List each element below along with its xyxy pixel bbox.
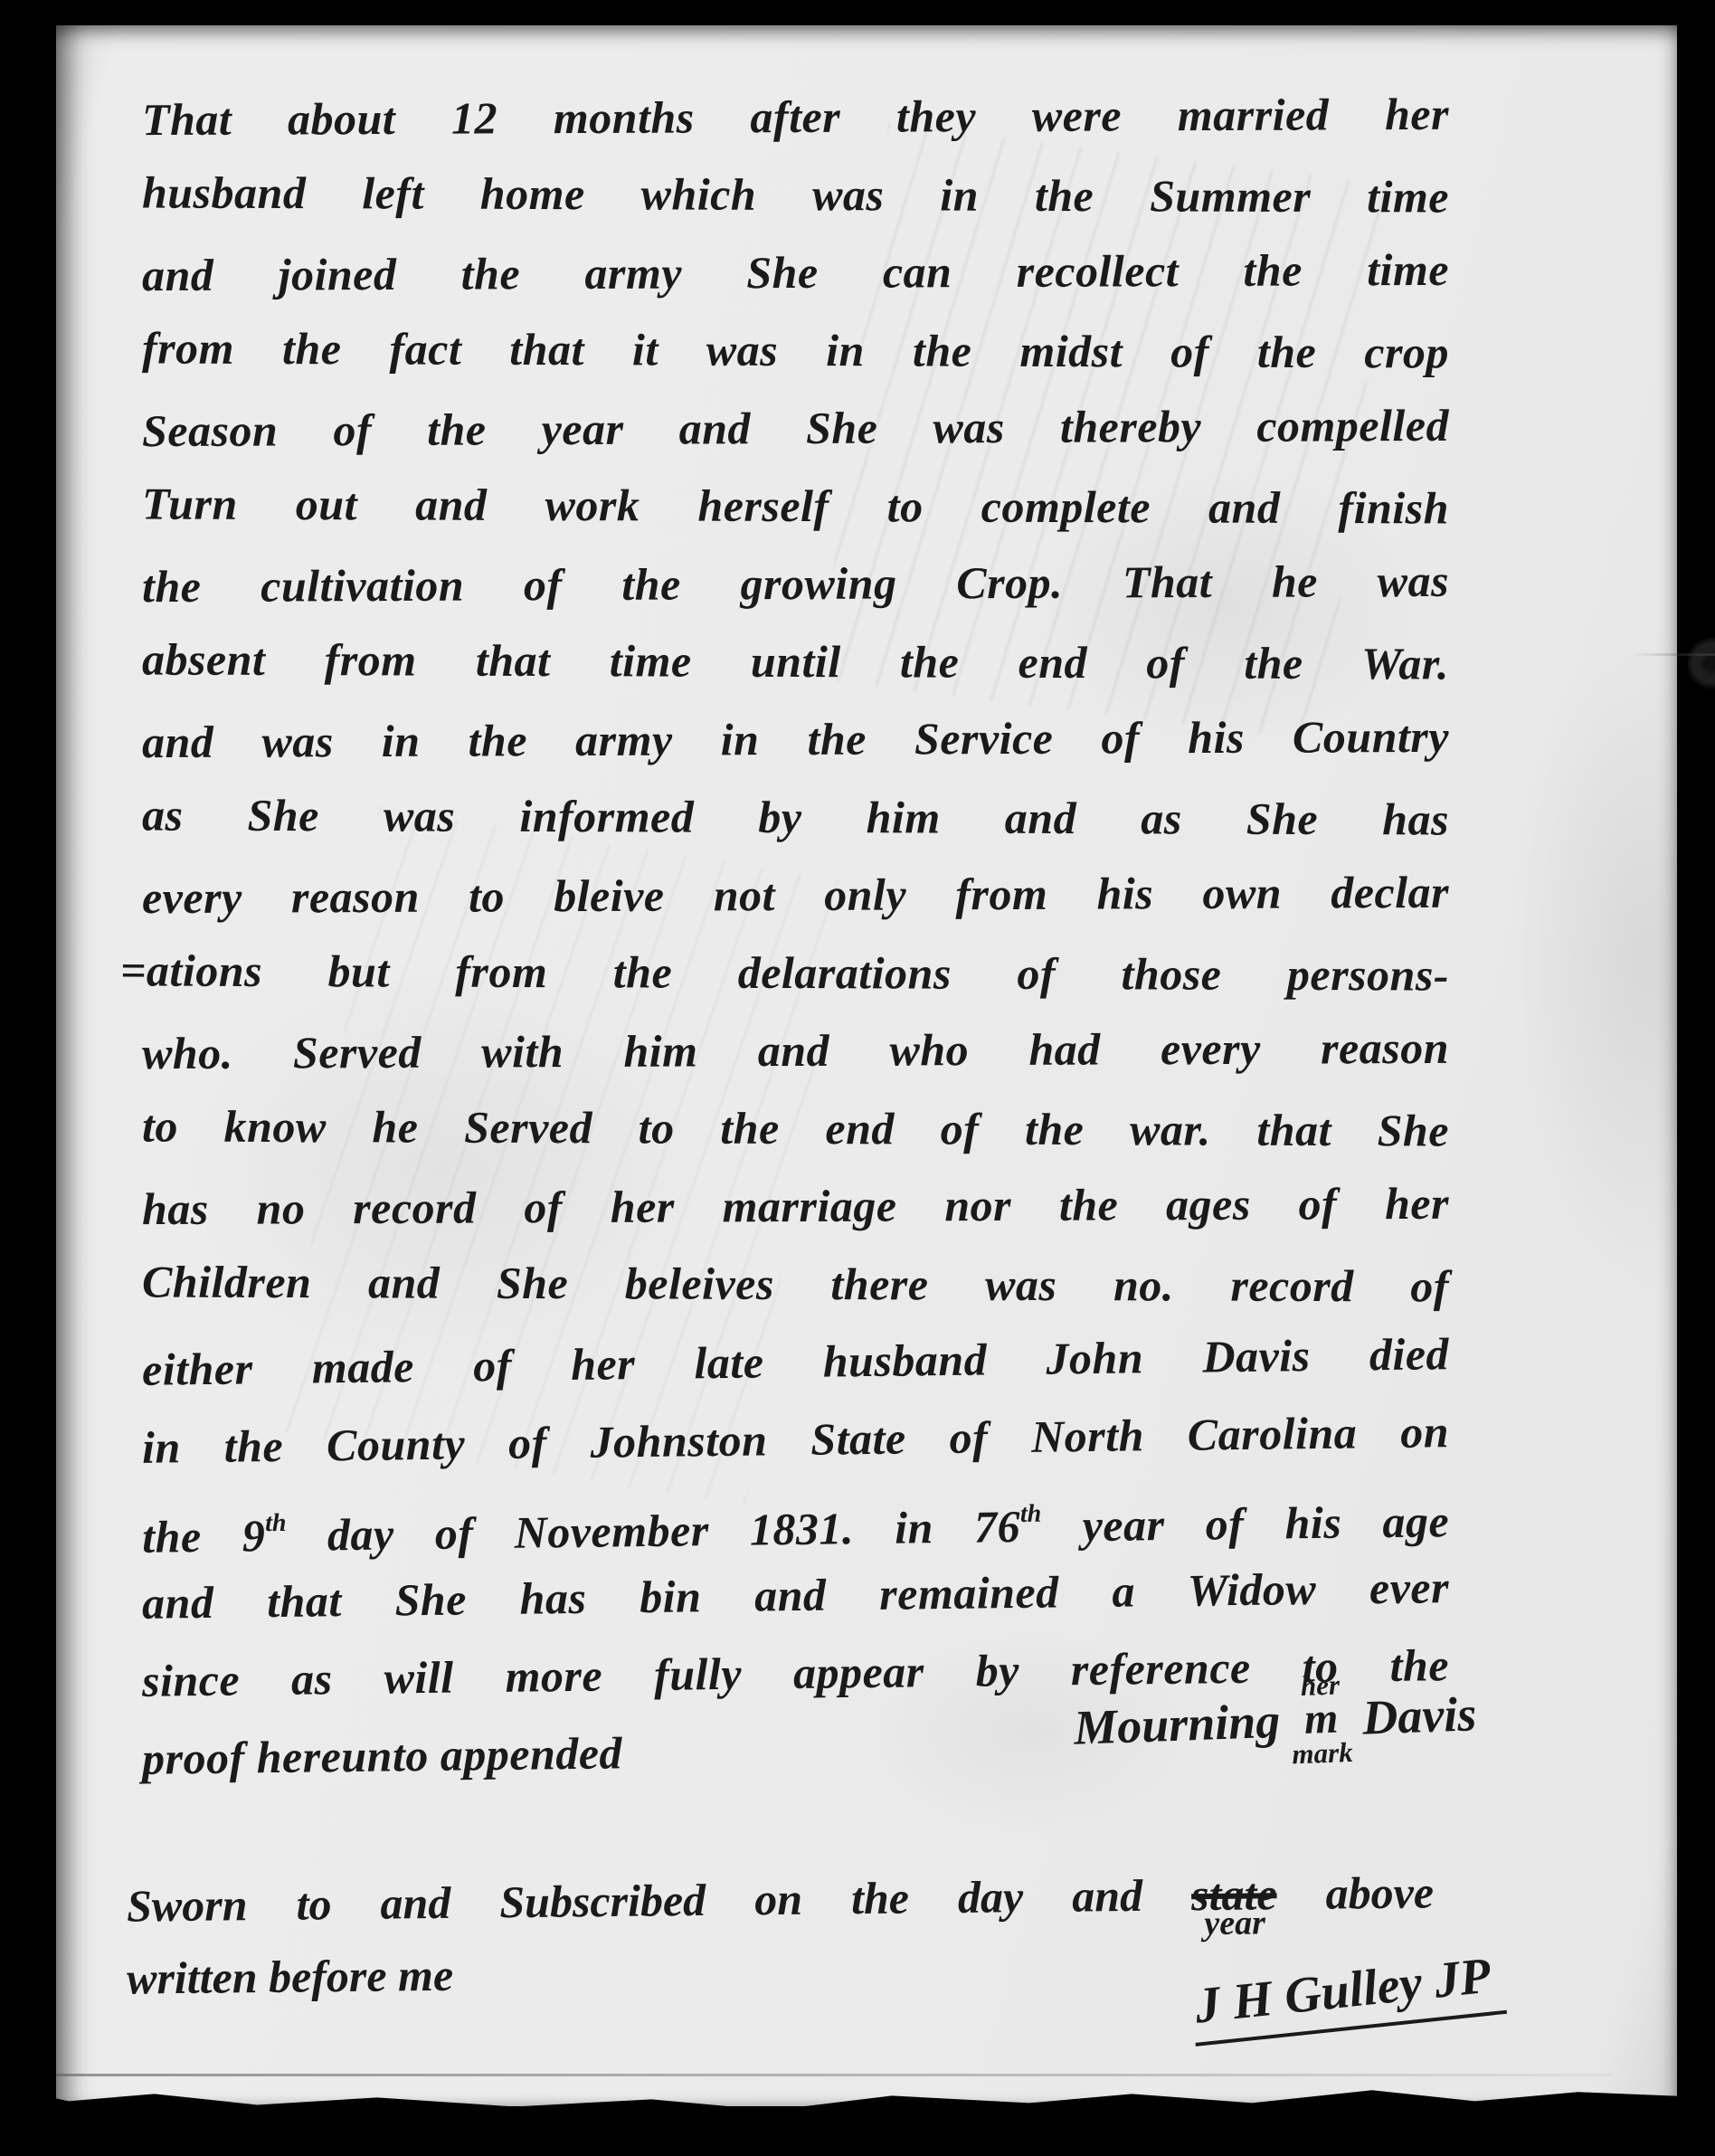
document-line: has no record of her marriage nor the ag… [142, 1164, 1449, 1248]
document-line: to know he Served to the end of the war.… [142, 1087, 1449, 1169]
document-line: absent from that time until the end of t… [142, 620, 1449, 702]
document-line: Children and She beleives there was no. … [142, 1242, 1449, 1325]
her-mark: her m mark [1287, 1671, 1355, 1768]
affidavit-body: That about 12 months after they were mar… [142, 78, 1449, 1790]
document-line: Turn out and work herself to complete an… [142, 464, 1449, 546]
attestation-line: Sworn to and Subscribed on the day and s… [127, 1855, 1435, 1942]
attestation-text: Sworn to and Subscribed on the day and [127, 1870, 1143, 1932]
document-line: Season of the year and She was thereby c… [142, 386, 1449, 470]
inserted-word: year [1204, 1905, 1265, 1941]
document-line: every reason to bleive not only from his… [142, 853, 1449, 936]
document-line: That about 12 months after they were mar… [142, 75, 1449, 158]
signature-block: Mourning her m mark Davis [1072, 1667, 1478, 1775]
mark-letter: m [1303, 1698, 1339, 1741]
crease-line [1630, 653, 1715, 656]
document-line: and was in the army in the Service of hi… [142, 698, 1449, 781]
document-line: =ations but from the delarations of thos… [120, 931, 1449, 1013]
paper-page: That about 12 months after they were mar… [56, 25, 1677, 2106]
document-line: who. Served with him and who had every r… [142, 1009, 1449, 1092]
signatory-given-name: Mourning [1073, 1693, 1281, 1756]
ink-blot [1688, 637, 1715, 689]
mark-word-mark: mark [1292, 1739, 1353, 1768]
page-separator-line [56, 2074, 1612, 2076]
scan-background: { "page": { "background_color": "#000000… [0, 0, 1715, 2156]
attestation-text: above [1325, 1866, 1434, 1918]
document-line: and joined the army She can recollect th… [142, 231, 1449, 314]
line-text: the 9 [142, 1510, 266, 1562]
document-line: as She was informed by him and as She ha… [142, 775, 1449, 858]
document-line: husband left home which was in the Summe… [142, 153, 1449, 235]
struck-word: state year [1191, 1857, 1277, 1932]
ordinal-suffix: th [1020, 1500, 1042, 1528]
document-line: the cultivation of the growing Crop. Tha… [142, 542, 1449, 625]
line-text: day of November 1831. in 76 [286, 1501, 1020, 1561]
ordinal-suffix: th [265, 1509, 287, 1537]
signatory-surname: Davis [1361, 1686, 1477, 1745]
document-line: from the fact that it was in the midst o… [142, 309, 1449, 391]
line-text: year of his age [1041, 1496, 1449, 1552]
